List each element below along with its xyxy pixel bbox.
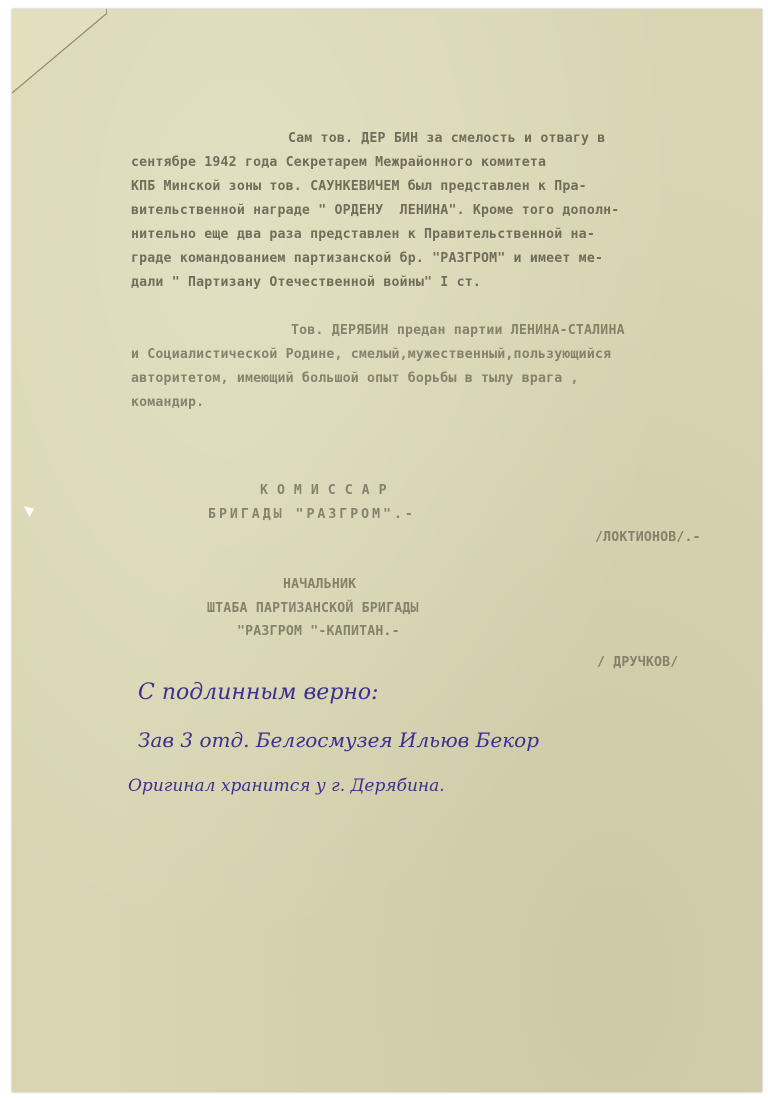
signature-name: / ДРУЧКОВ/ — [597, 655, 678, 670]
signature-title: КОМИССАР — [260, 483, 396, 498]
fold-crease — [12, 9, 106, 93]
signature-line: "РАЗГРОМ "-КАПИТАН.- — [237, 624, 400, 639]
text-line: Тов. ДЕРЯБИН предан партии ЛЕНИНА-СТАЛИН… — [291, 323, 625, 338]
text-line: дали " Партизану Отечественной войны" I … — [131, 275, 481, 290]
text-line: авторитетом, имеющий большой опыт борьбы… — [131, 371, 579, 386]
text-line: сентябре 1942 года Секретарем Межрайонно… — [131, 155, 546, 170]
handwritten-line: Оригинал хранится у г. Дерябина. — [128, 776, 445, 796]
handwritten-line: Зав 3 отд. Белгосмузея Ильюв Бекор — [138, 728, 539, 752]
signature-line: ШТАБА ПАРТИЗАНСКОЙ БРИГАДЫ — [207, 601, 419, 616]
text-line: нительно еще два раза представлен к Прав… — [131, 227, 595, 242]
signature-title: НАЧАЛЬНИК — [283, 577, 356, 592]
text-line: командир. — [131, 395, 204, 410]
text-line: граде командованием партизанской бр. "РА… — [131, 251, 603, 266]
signature-subtitle: БРИГАДЫ "РАЗГРОМ".- — [208, 507, 416, 522]
text-line: вительственной награде " ОРДЕНУ ЛЕНИНА".… — [131, 203, 619, 218]
handwritten-line: С подлинным верно: — [138, 680, 379, 705]
text-line: Сам тов. ДЕР БИН за смелость и отвагу в — [288, 131, 605, 146]
signature-name: /ЛОКТИОНОВ/.- — [595, 530, 701, 545]
text-line: и Социалистической Родине, смелый,мужест… — [131, 347, 611, 362]
document-page — [12, 9, 762, 1092]
text-line: КПБ Минской зоны тов. САУНКЕВИЧЕМ был пр… — [131, 179, 587, 194]
